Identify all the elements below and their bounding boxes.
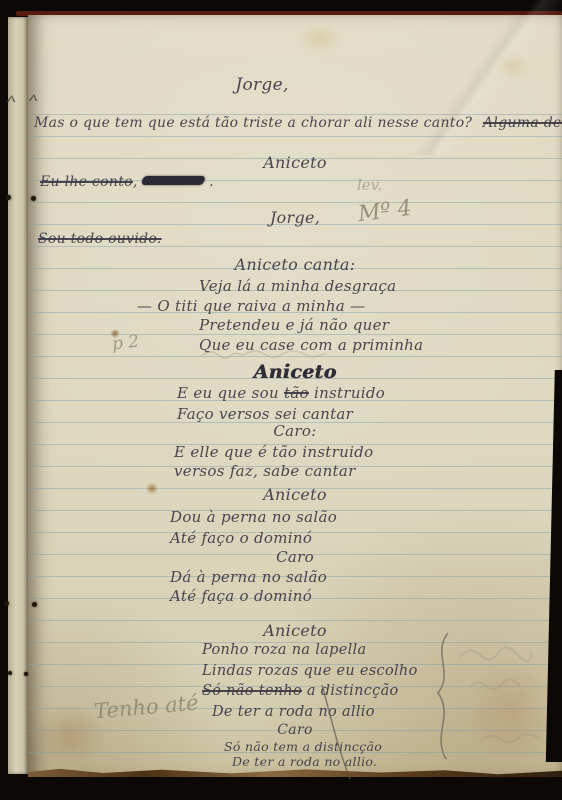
stitch-hole xyxy=(8,671,12,675)
struck-text: Eu lhe conto xyxy=(40,174,133,190)
pencil-note-lev: lev. xyxy=(357,176,382,194)
verse-line: Ponho roza na lapella xyxy=(202,640,418,661)
stitch-hole xyxy=(4,601,9,606)
stanza-heading: Caro xyxy=(28,548,562,566)
erased-pencil-scribble xyxy=(200,347,330,361)
photograph-of-manuscript: { "colors": { "ink": "#3c3a46", "pencil"… xyxy=(0,0,562,800)
pencil-correction-tenho-ate: Tenho até xyxy=(93,690,199,723)
stitch-hole xyxy=(31,196,36,201)
speaker-heading-aniceto: Aniceto xyxy=(28,153,562,172)
stanza-heading: Aniceto xyxy=(28,485,562,504)
verse-line: E eu que sou tão instruido xyxy=(177,383,385,404)
verse-line: E elle que é tão instruido xyxy=(174,443,373,462)
speaker-heading-jorge: Jorge, xyxy=(28,208,562,227)
ink-tick xyxy=(29,94,39,101)
pencil-smudge xyxy=(456,643,536,665)
verse-line: Até faço o dominó xyxy=(170,528,337,549)
verse-text: E eu que sou xyxy=(177,384,284,402)
crossed-reply: Eu lhe conto, . xyxy=(40,174,214,190)
crossed-reply-2: Sou todo ouvido. xyxy=(38,231,162,247)
stanza-heading: Caro: xyxy=(28,422,562,440)
pencil-smudge xyxy=(476,731,556,749)
stanza-2: E eu que sou tão instruido Faço versos s… xyxy=(177,383,385,425)
stanza-1: Veja lá a minha desgraça — O titi que ra… xyxy=(199,277,423,355)
torn-page-edge xyxy=(28,768,562,777)
dialogue-text: Mas o que tem que está tão triste a chor… xyxy=(34,115,472,131)
pencil-smudge xyxy=(466,677,526,695)
scene-heading-jorge: Jorge, xyxy=(0,75,529,95)
stain xyxy=(298,23,342,53)
verse-line: Pretendeu e já não quer xyxy=(199,316,423,336)
stanza-heading: Aniceto xyxy=(28,361,562,383)
page-stack-edge xyxy=(8,17,28,774)
verse-line: Dou à perna no salão xyxy=(170,507,337,528)
pencil-brace xyxy=(426,631,460,763)
punctuation: , xyxy=(133,174,138,190)
pencil-margin-p2: p 2 xyxy=(111,332,140,355)
manuscript-page: Jorge, Mas o que tem que está tão triste… xyxy=(28,15,562,777)
stanza-4: Dou à perna no salão Até faço o dominó xyxy=(170,507,337,548)
stanza-heading: Aniceto canta: xyxy=(28,255,562,274)
verse-line: Veja lá a minha desgraça xyxy=(199,277,423,297)
struck-text: Alguma desgraça? xyxy=(483,115,562,131)
verse-line: Até faça o dominó xyxy=(170,587,327,606)
verse-line: versos faz, sabe cantar xyxy=(174,462,373,481)
verse-line: Lindas rozas que eu escolho xyxy=(202,661,418,682)
stanza-3: E elle que é tão instruido versos faz, s… xyxy=(174,443,373,481)
stanza-6: Ponho roza na lapella Lindas rozas que e… xyxy=(202,640,418,722)
verse-line: — O titi que raiva a minha — xyxy=(137,297,423,317)
pencil-stroke xyxy=(316,683,376,783)
stitch-hole xyxy=(32,602,37,607)
verse-line: Só não tenho a distincção xyxy=(202,681,418,702)
stitch-hole xyxy=(6,195,11,200)
stanza-5: Dá à perna no salão Até faça o dominó xyxy=(170,568,327,606)
dialogue-line: Mas o que tem que está tão triste a chor… xyxy=(34,115,562,131)
verse-line: De ter a roda no allio xyxy=(212,702,418,723)
struck-text: Só não tenho xyxy=(202,683,302,699)
struck-text: tão xyxy=(284,384,309,402)
verse-text: instruido xyxy=(309,384,385,402)
ink-blot xyxy=(141,176,206,185)
stitch-hole xyxy=(24,672,28,676)
punctuation: . xyxy=(209,174,214,190)
verse-line: Dá à perna no salão xyxy=(170,568,327,587)
stanza-heading: Aniceto xyxy=(28,621,562,640)
